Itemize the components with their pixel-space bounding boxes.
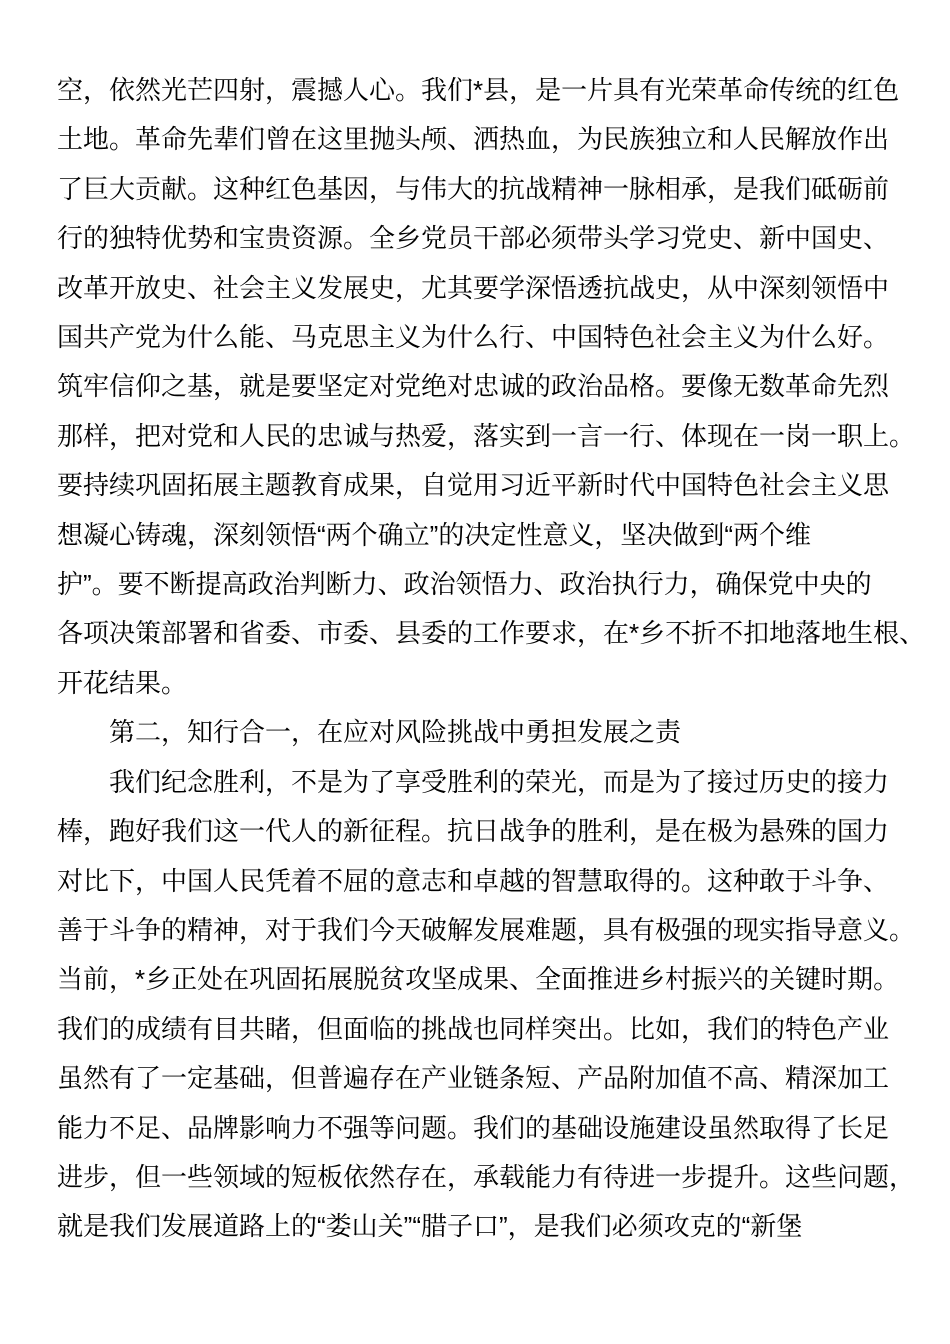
paragraph-first-line: 我们纪念胜利，不是为了享受胜利的荣光，而是为了接过历史的接力	[57, 758, 893, 807]
text-line: 就是我们发展道路上的“娄山关”“腊子口”，是我们必须攻克的“新堡	[57, 1202, 893, 1251]
text-line: 对比下，中国人民凭着不屈的意志和卓越的智慧取得的。这种敢于斗争、	[57, 857, 893, 906]
document-page: 空，依然光芒四射，震撼人心。我们*县，是一片具有光荣革命传统的红色 土地。革命先…	[0, 0, 950, 1344]
text-line: 虽然有了一定基础，但普遍存在产业链条短、产品附加值不高、精深加工	[57, 1054, 893, 1103]
section-heading: 第二，知行合一，在应对风险挑战中勇担发展之责	[57, 708, 893, 757]
text-line: 善于斗争的精神，对于我们今天破解发展难题，具有极强的现实指导意义。	[57, 906, 893, 955]
text-line: 进步，但一些领域的短板依然存在，承载能力有待进一步提升。这些问题，	[57, 1153, 893, 1202]
text-line: 护”。要不断提高政治判断力、政治领悟力、政治执行力，确保党中央的	[57, 560, 893, 609]
text-line: 棒，跑好我们这一代人的新征程。抗日战争的胜利，是在极为悬殊的国力	[57, 807, 893, 856]
text-line: 筑牢信仰之基，就是要坚定对党绝对忠诚的政治品格。要像无数革命先烈	[57, 362, 893, 411]
text-line: 开花结果。	[57, 659, 893, 708]
text-line: 国共产党为什么能、马克思主义为什么行、中国特色社会主义为什么好。	[57, 313, 893, 362]
text-line: 空，依然光芒四射，震撼人心。我们*县，是一片具有光荣革命传统的红色	[57, 66, 893, 115]
text-line: 土地。革命先辈们曾在这里抛头颅、洒热血，为民族独立和人民解放作出	[57, 115, 893, 164]
text-line: 我们的成绩有目共睹，但面临的挑战也同样突出。比如，我们的特色产业	[57, 1005, 893, 1054]
text-line: 要持续巩固拓展主题教育成果，自觉用习近平新时代中国特色社会主义思	[57, 461, 893, 510]
document-text-body: 空，依然光芒四射，震撼人心。我们*县，是一片具有光荣革命传统的红色 土地。革命先…	[57, 66, 893, 1252]
text-line: 那样，把对党和人民的忠诚与热爱，落实到一言一行、体现在一岗一职上。	[57, 412, 893, 461]
text-line: 改革开放史、社会主义发展史，尤其要学深悟透抗战史，从中深刻领悟中	[57, 264, 893, 313]
text-line: 行的独特优势和宝贵资源。全乡党员干部必须带头学习党史、新中国史、	[57, 214, 893, 263]
text-line: 各项决策部署和省委、市委、县委的工作要求，在*乡不折不扣地落地生根、	[57, 609, 893, 658]
text-line: 当前，*乡正处在巩固拓展脱贫攻坚成果、全面推进乡村振兴的关键时期。	[57, 955, 893, 1004]
text-line: 了巨大贡献。这种红色基因，与伟大的抗战精神一脉相承，是我们砥砺前	[57, 165, 893, 214]
text-line: 能力不足、品牌影响力不强等问题。我们的基础设施建设虽然取得了长足	[57, 1104, 893, 1153]
text-line: 想凝心铸魂，深刻领悟“两个确立”的决定性意义，坚决做到“两个维	[57, 511, 893, 560]
